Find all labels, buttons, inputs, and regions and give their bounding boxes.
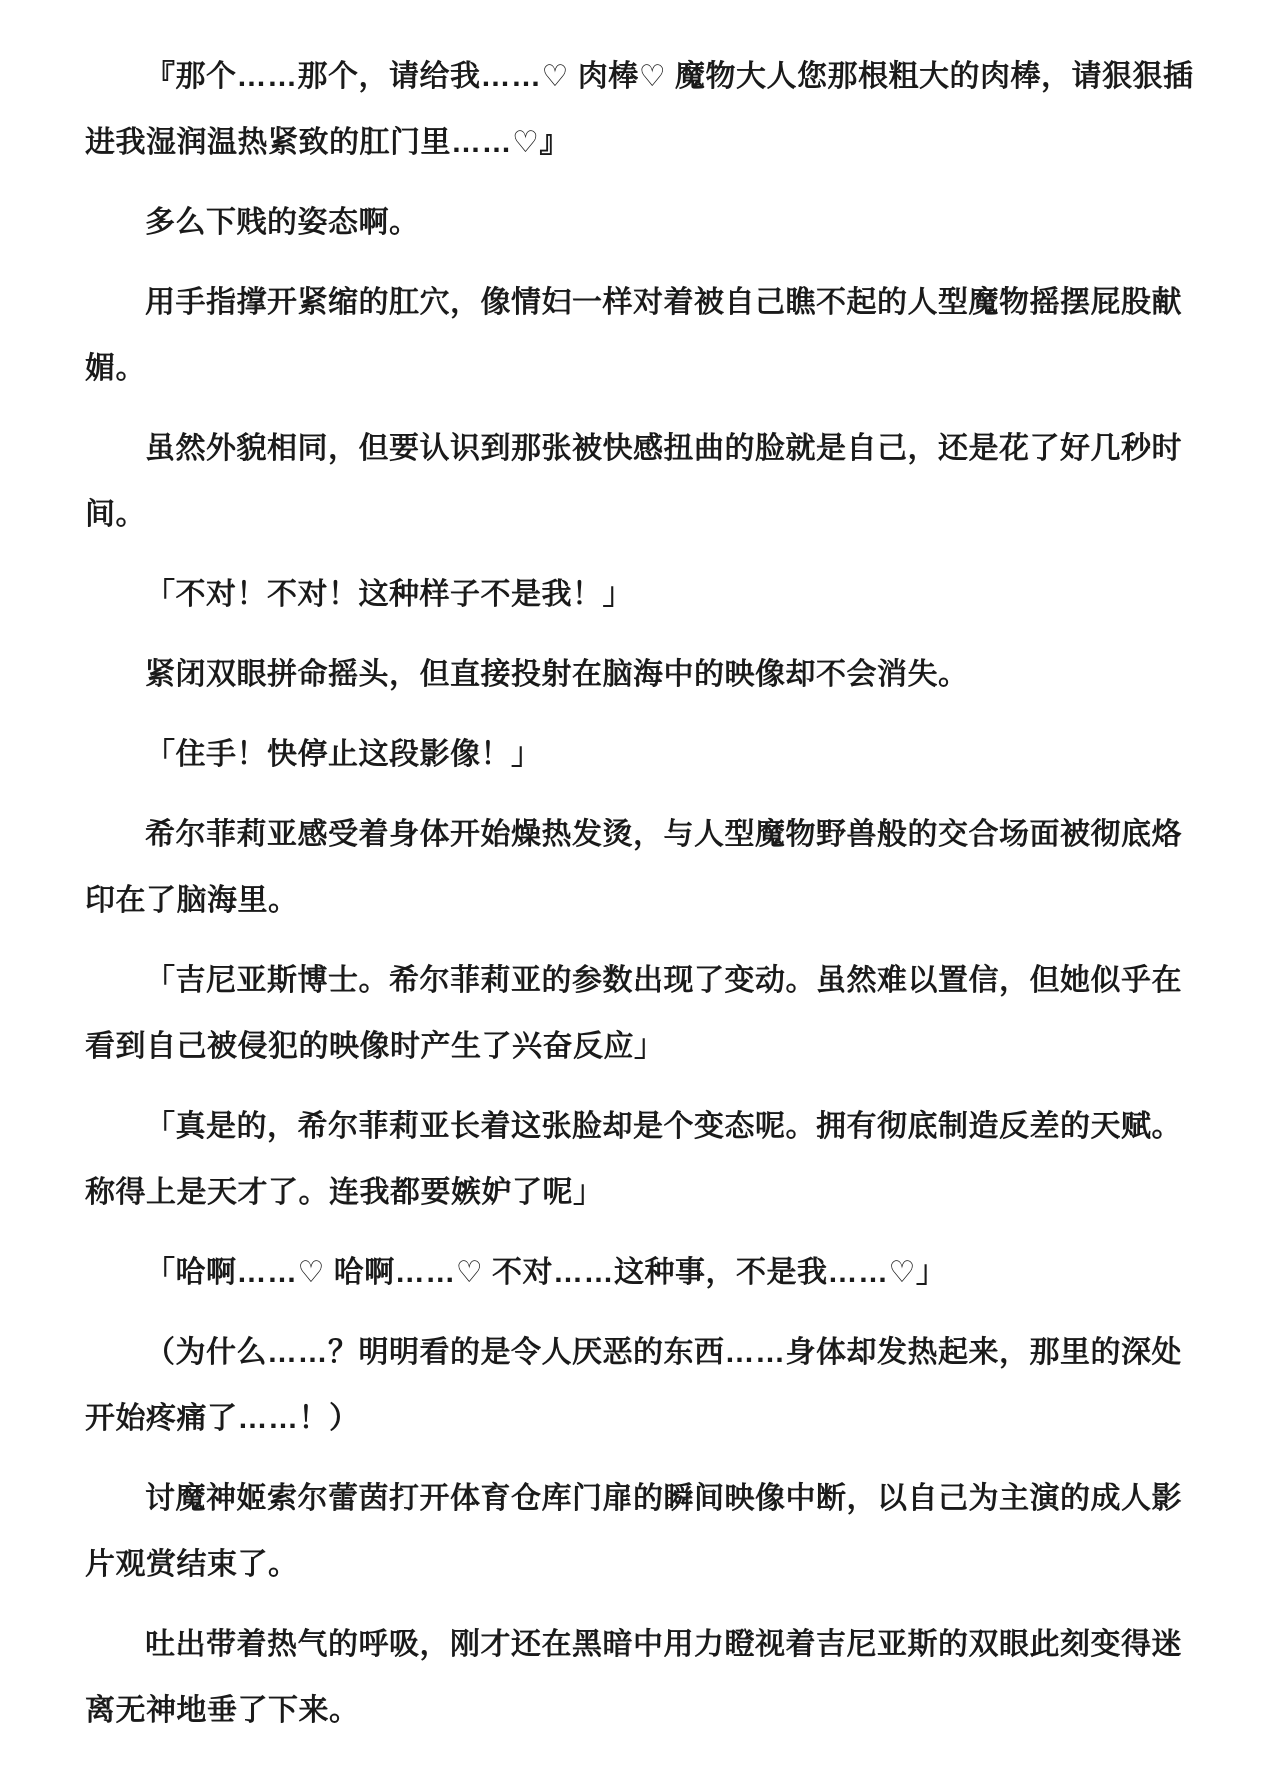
paragraph: 「住手！快停止这段影像！」 [85,722,1195,788]
paragraph: 讨魔神姬索尔蕾茵打开体育仓库门扉的瞬间映像中断，以自己为主演的成人影片观赏结束了… [85,1466,1195,1598]
novel-reader-page: 『那个……那个，请给我……♡ 肉棒♡ 魔物大人您那根粗大的肉棒，请狠狠插进我湿润… [0,0,1280,1768]
paragraph: 希尔菲莉亚感受着身体开始燥热发烫，与人型魔物野兽般的交合场面被彻底烙印在了脑海里… [85,802,1195,934]
paragraph: 「哈啊……♡ 哈啊……♡ 不对……这种事，不是我……♡」 [85,1240,1195,1306]
paragraph: 多么下贱的姿态啊。 [85,190,1195,256]
paragraph: 『那个……那个，请给我……♡ 肉棒♡ 魔物大人您那根粗大的肉棒，请狠狠插进我湿润… [85,44,1195,176]
paragraph: （为什么……？明明看的是令人厌恶的东西……身体却发热起来，那里的深处开始疼痛了…… [85,1320,1195,1452]
paragraph: 用手指撑开紧缩的肛穴，像情妇一样对着被自己瞧不起的人型魔物摇摆屁股献媚。 [85,270,1195,402]
paragraph: 紧闭双眼拼命摇头，但直接投射在脑海中的映像却不会消失。 [85,642,1195,708]
paragraph: 「吉尼亚斯博士。希尔菲莉亚的参数出现了变动。虽然难以置信，但她似乎在看到自己被侵… [85,948,1195,1080]
paragraph: 吐出带着热气的呼吸，刚才还在黑暗中用力瞪视着吉尼亚斯的双眼此刻变得迷离无神地垂了… [85,1612,1195,1744]
paragraph: 虽然外貌相同，但要认识到那张被快感扭曲的脸就是自己，还是花了好几秒时间。 [85,416,1195,548]
paragraph: 「真是的，希尔菲莉亚长着这张脸却是个变态呢。拥有彻底制造反差的天赋。称得上是天才… [85,1094,1195,1226]
paragraph: 「不对！不对！这种样子不是我！」 [85,562,1195,628]
